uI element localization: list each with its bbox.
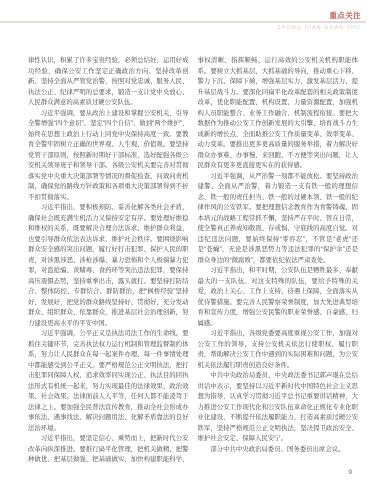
- article-paragraph: 习近平强调，公平正义是执法司法工作的生命线。要抓住关键环节，完善执法权力运行机制…: [28, 329, 189, 434]
- article-paragraph: 部分中共中央政治局委员、国务委员出席会议。: [198, 445, 359, 456]
- header-rule: [0, 21, 366, 23]
- article-paragraph: 习近平指出，各级党委要高度重视公安工作，加强对公安工作的领导，支持公安机关依法行…: [198, 329, 359, 371]
- section-title: 重点关注: [329, 10, 361, 21]
- article-paragraph: 习近平指出，要积极预防、妥善化解各类社会矛盾，确保社会既充满生机活力又保持安定有…: [28, 203, 189, 329]
- article-body: 律性认识，积累了许多宝贵经验，必须总结好、运用好成功经验，确保公安工作坚定正确政…: [28, 56, 358, 472]
- section-pinyin: ZHONG DIAN GUAN ZHU: [277, 25, 361, 31]
- article-paragraph: 习近平强调，从严治警一刻都不能放松。要坚持政治建警、全面从严治警，着力锻造一支有…: [198, 172, 359, 267]
- magazine-page: 重点关注 ZHONG DIAN GUAN ZHU 律性认识，积累了许多宝贵经验，…: [0, 0, 380, 491]
- article-paragraph: 习近平指出，和平时期，公安队伍是牺牲最多、奉献最大的一支队伍。对这支特殊的队伍，…: [198, 266, 359, 329]
- article-paragraph: 习近平强调，要从政治上建设和掌握公安机关，引导全警增强“四个意识”、坚定“四个自…: [28, 109, 189, 204]
- article-paragraph: 中共中央政治局委员、中央政法委书记郭声琨在总结讲话中表示，要坚持以习近平新时代中…: [198, 371, 359, 445]
- article-paragraph: 律性认识，积累了许多宝贵经验，必须总结好、运用好成功经验，确保公安工作坚定正确政…: [28, 56, 189, 109]
- page-number: 9: [348, 469, 352, 476]
